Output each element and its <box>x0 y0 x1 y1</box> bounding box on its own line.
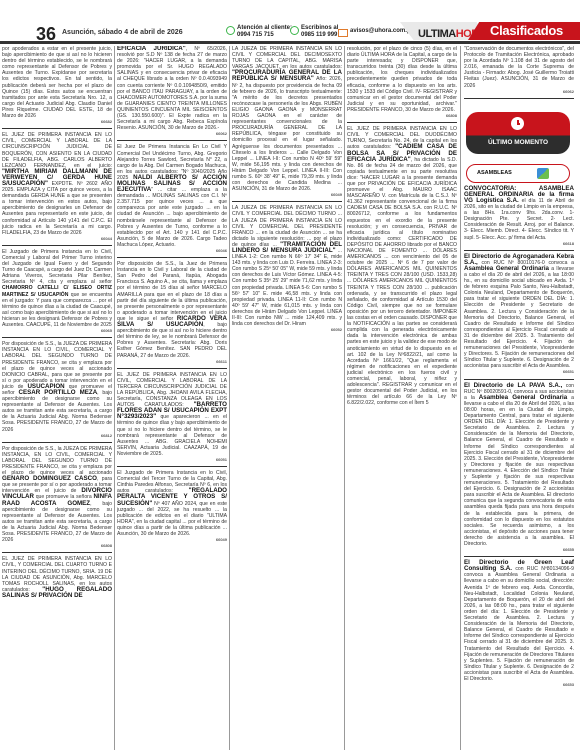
ad-code: 66044 <box>2 236 112 242</box>
email-icon <box>338 29 348 37</box>
contact-phone[interactable]: 0985 119 999 <box>301 32 338 39</box>
ad-divider <box>2 552 112 553</box>
ad-code: 66682 <box>2 119 112 125</box>
column-divider <box>229 46 230 750</box>
contact-email[interactable]: avisos@uhora.com.py <box>350 28 414 35</box>
legal-notice: Por disposición de S.S., la Juez de Prim… <box>117 261 227 365</box>
ad-divider <box>232 201 342 202</box>
column-divider <box>344 46 345 750</box>
section-title: Clasificados <box>490 22 563 40</box>
legal-notice: EL JUEZ DE PRIMERA INSTANCIA EN LO CIVIL… <box>117 372 227 463</box>
column-5: resolución, por el plazo de cinco (5) dí… <box>347 46 457 752</box>
whatsapp-contact[interactable]: Escribinos al 0985 119 999 <box>290 25 338 39</box>
column-1: por apoderados a estar en el presente ju… <box>2 46 112 752</box>
legal-notice: LA JUEZA DE PRIMERA INSTANCIA EN LO CIVI… <box>232 205 342 333</box>
ad-code: 66049 <box>117 537 227 543</box>
legal-notice: El Juez De Primera Instancia En Lo Civil… <box>117 144 227 254</box>
contact-label: Escribinos al <box>301 25 338 32</box>
ad-divider <box>464 250 574 251</box>
ad-divider <box>464 98 574 99</box>
clock-icon <box>511 117 524 130</box>
asambleas-section-header: ASAMBLEAS <box>466 164 570 183</box>
ad-code: 66655 <box>464 547 574 553</box>
header-divider <box>0 41 580 44</box>
email-contact[interactable]: avisos@uhora.com.py <box>338 28 414 37</box>
ad-code: 66046 <box>117 248 227 254</box>
ad-code: 66065 <box>2 328 112 334</box>
ad-divider <box>117 140 227 141</box>
ad-code: 66049 <box>232 192 342 198</box>
ad-code: 66052 <box>232 327 342 333</box>
column-divider <box>114 46 115 750</box>
asambleas-label: ASAMBLEAS <box>477 170 512 176</box>
ad-divider <box>117 257 227 258</box>
edition-date: Asunción, sábado 4 de abril de 2026 <box>62 29 183 36</box>
whatsapp-phone-icon <box>226 26 235 35</box>
column-2: EFICACIA JURÍDICA", Nº 65/2026, resolvió… <box>117 46 227 752</box>
legal-notice: "Conservación de documentos electrónicos… <box>464 46 574 95</box>
ad-code: 66651 <box>464 369 574 375</box>
ad-divider <box>2 337 112 338</box>
legal-notice: EFICACIA JURÍDICA", Nº 65/2026, resolvió… <box>117 46 227 137</box>
contact-phone[interactable]: 0994 715 715 <box>237 32 292 39</box>
ad-divider <box>347 122 457 123</box>
legal-notice: Por disposición de S.S., la JUEZA DE PRI… <box>2 446 112 550</box>
ad-divider <box>117 368 227 369</box>
ad-code: 66618 <box>464 241 574 247</box>
assembly-notice: El Directorio de Agroganadera Kebra S.A.… <box>464 254 574 376</box>
ad-code: 66808 <box>347 113 457 119</box>
legal-notice: resolución, por el plazo de cinco (5) dí… <box>347 46 457 119</box>
column-3: LA JUEZA DE PRIMERA INSTANCIA EN LO CIVI… <box>232 46 342 752</box>
ultimo-momento-label: ÚLTIMO MOMENTO <box>466 139 570 146</box>
ultimo-momento-banner[interactable]: ÚLTIMO MOMENTO <box>466 112 570 154</box>
ad-divider <box>2 442 112 443</box>
legal-notice: EL JUEZ DE PRIMERA INSTANCIA EN LO CIVIL… <box>2 132 112 242</box>
legal-notice: EL JUEZ DE PRIMERA INSTANCIA EN LO CIVIL… <box>2 556 112 599</box>
ad-code: 66808 <box>2 543 112 549</box>
ad-code: 66611 <box>117 359 227 365</box>
ad-divider <box>464 556 574 557</box>
ad-code: 66062 <box>464 89 574 95</box>
customer-service-contact[interactable]: Atención al cliente: 0994 715 715 <box>226 25 292 39</box>
legal-notice: EL JUEZ DE PRIMERA INSTANCIA EN LO CIVIL… <box>347 126 457 406</box>
assembly-notice: El Directorio de LA PAVA S.A., con RUC N… <box>464 383 574 554</box>
ad-code: 66812 <box>2 433 112 439</box>
legal-notice: por apoderados a estar en el presente ju… <box>2 46 112 125</box>
ad-divider <box>464 379 574 380</box>
legal-notice: LA JUEZA DE PRIMERA INSTANCIA EN LO CIVI… <box>232 46 342 198</box>
whatsapp-icon <box>290 26 299 35</box>
legal-notice: El Juzgado de Primera Instancia en lo Ci… <box>2 249 112 334</box>
assembly-notice: CONVOCATORIA: ASAMBLEA GENERAL ORDINARIA… <box>464 186 574 247</box>
ad-code: 66653 <box>464 682 574 688</box>
ad-divider <box>2 128 112 129</box>
legal-notice: Por disposición de S.S., la JUEZA DE PRI… <box>2 341 112 439</box>
meeting-icon <box>537 168 549 179</box>
ad-code: 66051 <box>117 457 227 463</box>
page-header: 36 Asunción, sábado 4 de abril de 2026 A… <box>0 0 580 46</box>
contact-label: Atención al cliente: <box>237 25 292 32</box>
ad-code: 66062 <box>117 131 227 137</box>
ad-divider <box>2 245 112 246</box>
assembly-notice: El Directorio de Green Leaf Consulting S… <box>464 560 574 688</box>
column-divider <box>460 46 461 750</box>
ad-divider <box>117 466 227 467</box>
legal-notice: El Juzgado de Primera Instancia en lo Ci… <box>117 470 227 543</box>
